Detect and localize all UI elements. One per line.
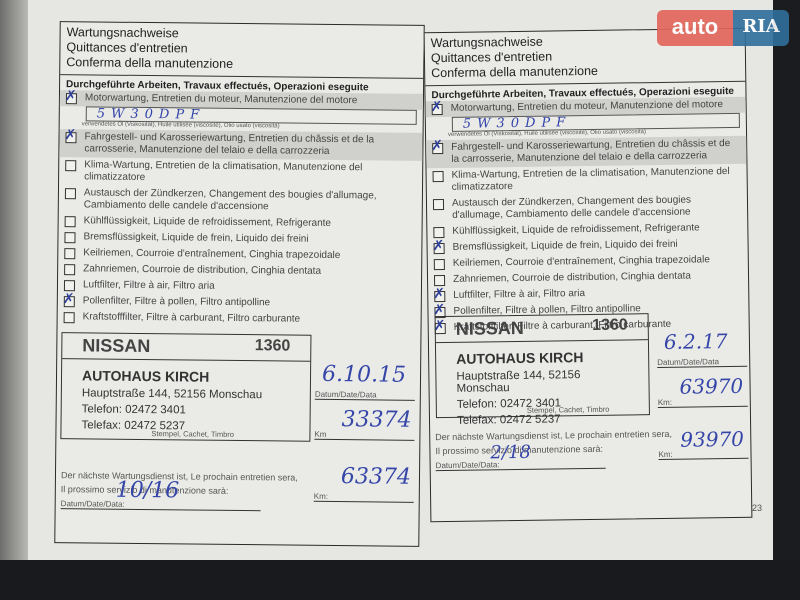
title-it: Conferma della manutenzione: [431, 62, 739, 81]
checklist-item-label: Keilriemen, Courroie d'entraînement, Cin…: [453, 254, 710, 270]
next-service-line1: Der nächste Wartungsdienst ist, Le proch…: [435, 428, 672, 444]
checked-box-icon[interactable]: [432, 104, 443, 115]
checklist-item: Fahrgestell- und Karosseriewartung, Entr…: [426, 136, 746, 168]
date-field-label: Datum/Date/Data: [657, 357, 747, 368]
service-km: 63970: [679, 374, 743, 399]
checklist-item-label: Zahnriemen, Courroie de distribution, Ci…: [453, 271, 691, 286]
checklist-item-label: Zahnriemen, Courroie de distribution, Ci…: [83, 263, 321, 277]
checkbox-icon[interactable]: [64, 248, 75, 259]
checklist-item-label: Motorwartung, Entretien du moteur, Manut…: [451, 99, 724, 115]
checkbox-icon[interactable]: [65, 216, 76, 227]
checked-box-icon[interactable]: [66, 93, 77, 104]
service-record-card-1: Wartungsnachweise Quittances d'entretien…: [54, 21, 424, 547]
stamp-brand-row: NISSAN1360: [436, 314, 648, 343]
checkbox-icon[interactable]: [434, 259, 445, 270]
km-field-label: Km: [314, 430, 414, 441]
title-it: Conferma della manutenzione: [66, 55, 417, 74]
checklist-item-label: Motorwartung, Entretien du moteur, Manut…: [85, 92, 357, 107]
checklist-item-label: Fahrgestell- und Karosseriewartung, Entr…: [84, 131, 416, 158]
dealer-name: AUTOHAUS KIRCH: [436, 340, 648, 369]
checklist-item: Austausch der Zündkerzen, Changement des…: [427, 192, 747, 224]
checklist-item-label: Bremsflüssigkeit, Liquide de frein, Liqu…: [83, 231, 308, 245]
brand-name: NISSAN: [456, 318, 524, 340]
checkbox-icon[interactable]: [65, 188, 76, 199]
checklist-item-label: Luftfilter, Filtre à air, Filtro aria: [453, 288, 585, 302]
next-service-date: 10/16: [116, 478, 180, 504]
dealer-stamp: NISSAN1360 AUTOHAUS KIRCH Hauptstraße 14…: [435, 313, 650, 418]
stamp-brand-row: NISSAN1360: [62, 333, 310, 362]
service-km: 33374: [341, 407, 411, 433]
checkbox-icon[interactable]: [65, 160, 76, 171]
checklist-item: Austausch der Zündkerzen, Changement des…: [59, 185, 422, 217]
checklist-item: Fahrgestell- und Karosseriewartung, Entr…: [59, 129, 422, 161]
watermark-ria: RIA: [733, 10, 789, 46]
checklist-item-label: Kraftstofffilter, Filtre à carburant, Fi…: [83, 311, 301, 325]
checklist-item: Kraftstofffilter, Filtre à carburant, Fi…: [58, 309, 421, 329]
checkbox-icon[interactable]: [64, 264, 75, 275]
booklet-spine-shadow: [0, 0, 28, 600]
checklist-item-label: Klima-Wartung, Entretien de la climatisa…: [84, 159, 416, 186]
page-number: 23: [752, 503, 762, 513]
checklist-item-label: Austausch der Zündkerzen, Changement des…: [84, 187, 416, 214]
dealer-code: 1360: [255, 337, 291, 358]
checkbox-icon[interactable]: [64, 312, 75, 323]
checklist-item-label: Austausch der Zündkerzen, Changement des…: [452, 194, 741, 222]
next-service-km: 93970: [680, 427, 744, 452]
checked-box-icon[interactable]: [65, 132, 76, 143]
stamp-label: Stempel, Cachet, Timbro: [527, 405, 610, 415]
checklist: Motorwartung, Entretien du moteur, Manut…: [58, 90, 423, 329]
checklist-item-label: Kühlflüssigkeit, Liquide de refroidissem…: [452, 222, 700, 237]
checked-box-icon[interactable]: [434, 243, 445, 254]
checkbox-icon[interactable]: [433, 171, 444, 182]
checklist-item-label: Bremsflüssigkeit, Liquide de frein, Liqu…: [453, 239, 678, 254]
service-record-card-2: Wartungsnachweise Quittances d'entretien…: [424, 28, 753, 522]
dealer-address: Hauptstraße 144, 52156 Monschau: [436, 366, 648, 397]
checked-box-icon[interactable]: [432, 143, 443, 154]
next-service-line1: Der nächste Wartungsdienst ist, Le proch…: [61, 469, 298, 484]
dealer-name: AUTOHAUS KIRCH: [62, 359, 310, 388]
brand-name: NISSAN: [82, 335, 150, 357]
checklist-item-label: Kühlflüssigkeit, Liquide de refroidissem…: [84, 215, 331, 230]
checkbox-icon[interactable]: [433, 199, 444, 210]
next-service-date: 2/18: [490, 442, 531, 464]
checklist-item-label: Keilriemen, Courroie d'entraînement, Cin…: [83, 247, 340, 262]
next-km-field-label: Km:: [314, 492, 414, 503]
dealer-code: 1360: [592, 316, 628, 337]
checklist-item-label: Luftfilter, Filtre à air, Filtro aria: [83, 279, 215, 292]
checklist-item-label: Klima-Wartung, Entretien de la climatisa…: [452, 166, 741, 194]
service-date: 6.10.15: [322, 362, 406, 388]
checklist: Motorwartung, Entretien du moteur, Manut…: [426, 97, 749, 336]
checked-box-icon[interactable]: [64, 296, 75, 307]
card-header: Wartungsnachweise Quittances d'entretien…: [60, 22, 424, 79]
km-field-label: Km:: [658, 397, 748, 408]
background-surface: [0, 560, 800, 600]
autoria-watermark: auto RIA: [657, 10, 789, 46]
dealer-stamp: NISSAN1360 AUTOHAUS KIRCH Hauptstraße 14…: [60, 332, 311, 442]
service-date: 6.2.17: [664, 329, 728, 354]
checklist-item-label: Fahrgestell- und Karosseriewartung, Entr…: [451, 138, 740, 166]
checklist-item-label: Pollenfilter, Filtre à pollen, Filtro an…: [83, 295, 270, 309]
stamp-label: Stempel, Cachet, Timbro: [151, 429, 234, 439]
watermark-auto: auto: [657, 10, 733, 46]
checklist-item: Klima-Wartung, Entretien de la climatisa…: [426, 164, 746, 196]
date-field-label: Datum/Date/Data: [315, 390, 415, 401]
checklist-item: Klima-Wartung, Entretien de la climatisa…: [59, 157, 422, 189]
next-service-km: 63374: [341, 464, 411, 490]
checkbox-icon[interactable]: [64, 232, 75, 243]
